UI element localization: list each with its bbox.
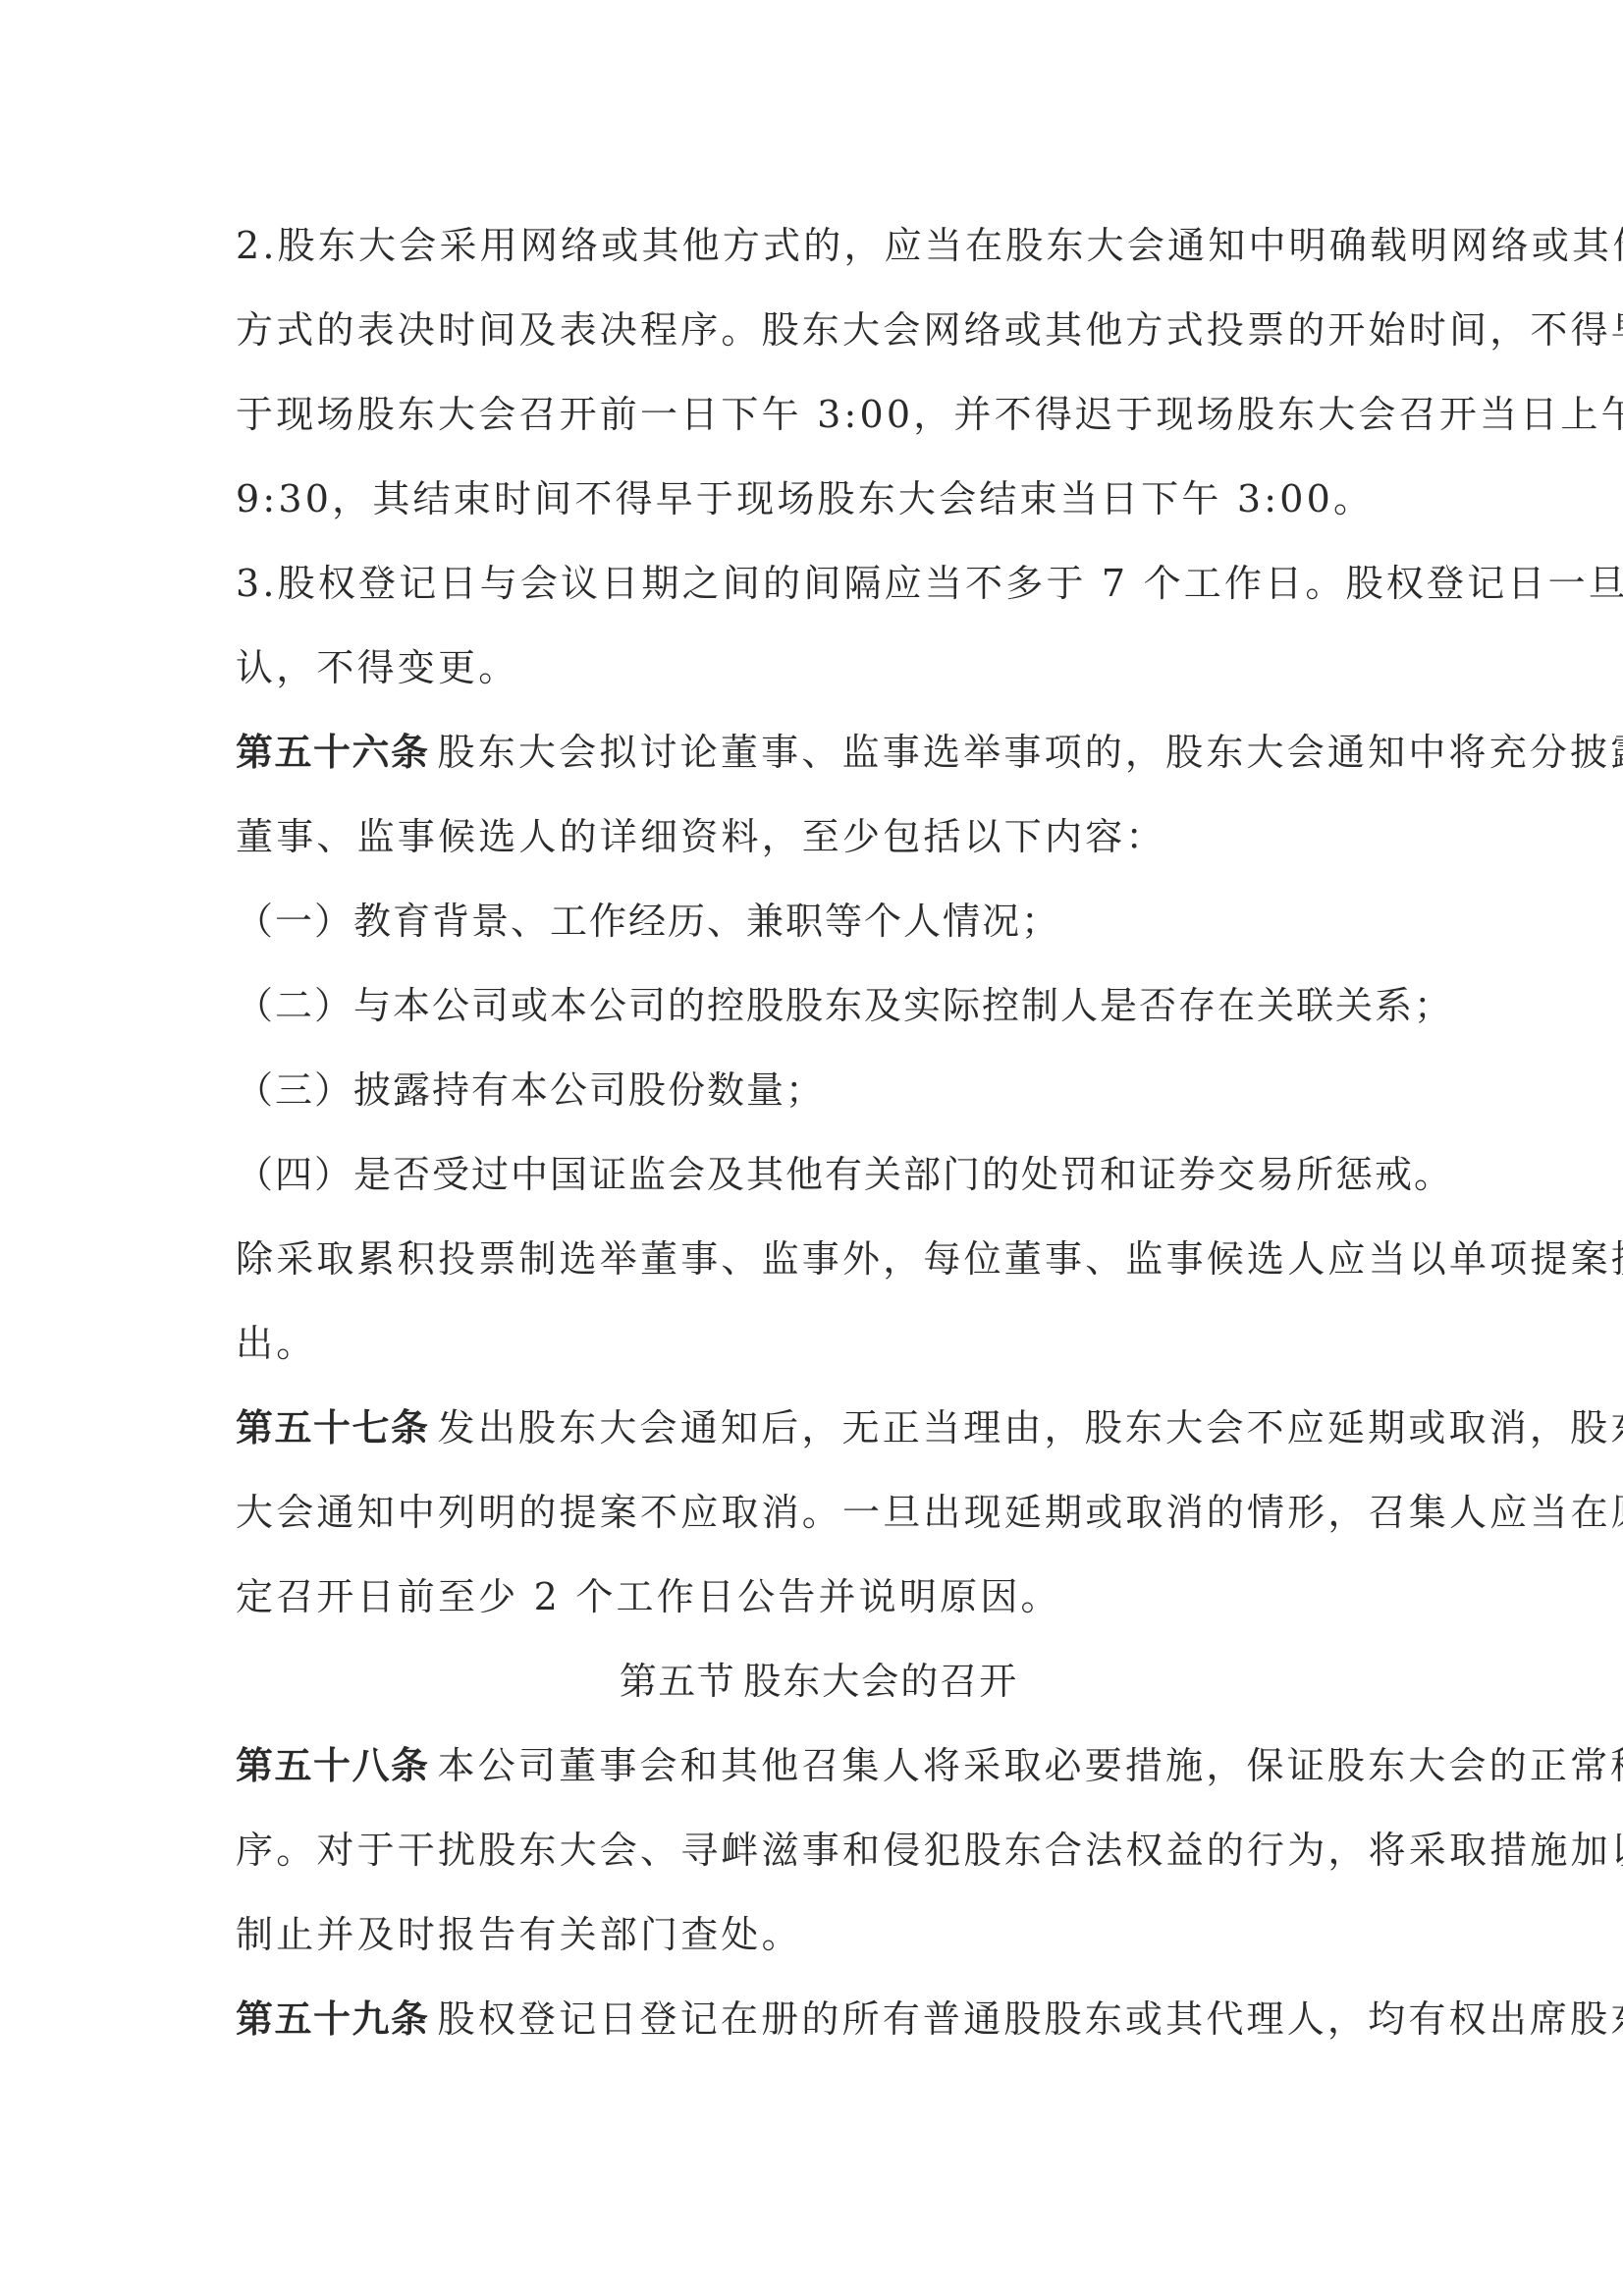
article-label: 第五十九条: [236, 1996, 430, 2041]
text-line: 第五十六条股东大会拟讨论董事、监事选举事项的，股东大会通知中将充分披露: [236, 721, 1402, 805]
text-line: 方式的表决时间及表决程序。股东大会网络或其他方式投票的开始时间，不得早: [236, 299, 1402, 383]
article-56-list: （一）教育背景、工作经历、兼职等个人情况； （二）与本公司或本公司的控股股东及实…: [236, 890, 1402, 1228]
text-line: 董事、监事候选人的详细资料，至少包括以下内容：: [236, 805, 1402, 890]
article-text: 发出股东大会通知后，无正当理由，股东大会不应延期或取消，股东: [438, 1406, 1623, 1449]
paragraph-item-3: 3.股权登记日与会议日期之间的间隔应当不多于 7 个工作日。股权登记日一旦确 认…: [236, 552, 1402, 721]
document-page: 2.股东大会采用网络或其他方式的，应当在股东大会通知中明确载明网络或其他 方式的…: [236, 214, 1402, 2072]
article-text: 股权登记日登记在册的所有普通股股东或其代理人，均有权出席股东: [438, 1997, 1623, 2041]
text-line: 第五十七条发出股东大会通知后，无正当理由，股东大会不应延期或取消，股东: [236, 1396, 1402, 1481]
article-text: 股东大会拟讨论董事、监事选举事项的，股东大会通知中将充分披露: [438, 731, 1623, 774]
text-line: 3.股权登记日与会议日期之间的间隔应当不多于 7 个工作日。股权登记日一旦确: [236, 552, 1402, 636]
paragraph-item-2: 2.股东大会采用网络或其他方式的，应当在股东大会通知中明确载明网络或其他 方式的…: [236, 214, 1402, 552]
text-line: 第五十九条股权登记日登记在册的所有普通股股东或其代理人，均有权出席股东: [236, 1988, 1402, 2072]
list-item: （二）与本公司或本公司的控股股东及实际控制人是否存在关联关系；: [236, 974, 1402, 1059]
article-label: 第五十七条: [236, 1405, 430, 1449]
text-line: 第五十八条本公司董事会和其他召集人将采取必要措施，保证股东大会的正常秩: [236, 1734, 1402, 1819]
article-58: 第五十八条本公司董事会和其他召集人将采取必要措施，保证股东大会的正常秩 序。对于…: [236, 1734, 1402, 1988]
article-label: 第五十六条: [236, 730, 430, 774]
list-item: （四）是否受过中国证监会及其他有关部门的处罚和证券交易所惩戒。: [236, 1143, 1402, 1228]
article-56-tail: 除采取累积投票制选举董事、监事外，每位董事、监事候选人应当以单项提案提 出。: [236, 1228, 1402, 1396]
article-label: 第五十八条: [236, 1743, 430, 1787]
article-59: 第五十九条股权登记日登记在册的所有普通股股东或其代理人，均有权出席股东: [236, 1988, 1402, 2072]
section-label: 第五节: [620, 1660, 736, 1703]
text-line: 大会通知中列明的提案不应取消。一旦出现延期或取消的情形，召集人应当在原: [236, 1481, 1402, 1565]
article-56: 第五十六条股东大会拟讨论董事、监事选举事项的，股东大会通知中将充分披露 董事、监…: [236, 721, 1402, 890]
list-item: （三）披露持有本公司股份数量；: [236, 1059, 1402, 1143]
text-line: 除采取累积投票制选举董事、监事外，每位董事、监事候选人应当以单项提案提: [236, 1228, 1402, 1312]
text-line: 制止并及时报告有关部门查处。: [236, 1903, 1402, 1988]
text-line: 出。: [236, 1312, 1402, 1396]
section-title: 股东大会的召开: [743, 1660, 1018, 1703]
list-item: （一）教育背景、工作经历、兼职等个人情况；: [236, 890, 1402, 974]
text-line: 9:30，其结束时间不得早于现场股东大会结束当日下午 3:00。: [236, 467, 1402, 552]
text-line: 序。对于干扰股东大会、寻衅滋事和侵犯股东合法权益的行为，将采取措施加以: [236, 1819, 1402, 1903]
section-heading: 第五节股东大会的召开: [236, 1650, 1402, 1734]
article-text: 本公司董事会和其他召集人将采取必要措施，保证股东大会的正常秩: [438, 1744, 1623, 1787]
article-57: 第五十七条发出股东大会通知后，无正当理由，股东大会不应延期或取消，股东 大会通知…: [236, 1396, 1402, 1650]
text-line: 认，不得变更。: [236, 636, 1402, 721]
text-line: 于现场股东大会召开前一日下午 3:00，并不得迟于现场股东大会召开当日上午: [236, 383, 1402, 467]
text-line: 2.股东大会采用网络或其他方式的，应当在股东大会通知中明确载明网络或其他: [236, 214, 1402, 299]
text-line: 定召开日前至少 2 个工作日公告并说明原因。: [236, 1565, 1402, 1650]
